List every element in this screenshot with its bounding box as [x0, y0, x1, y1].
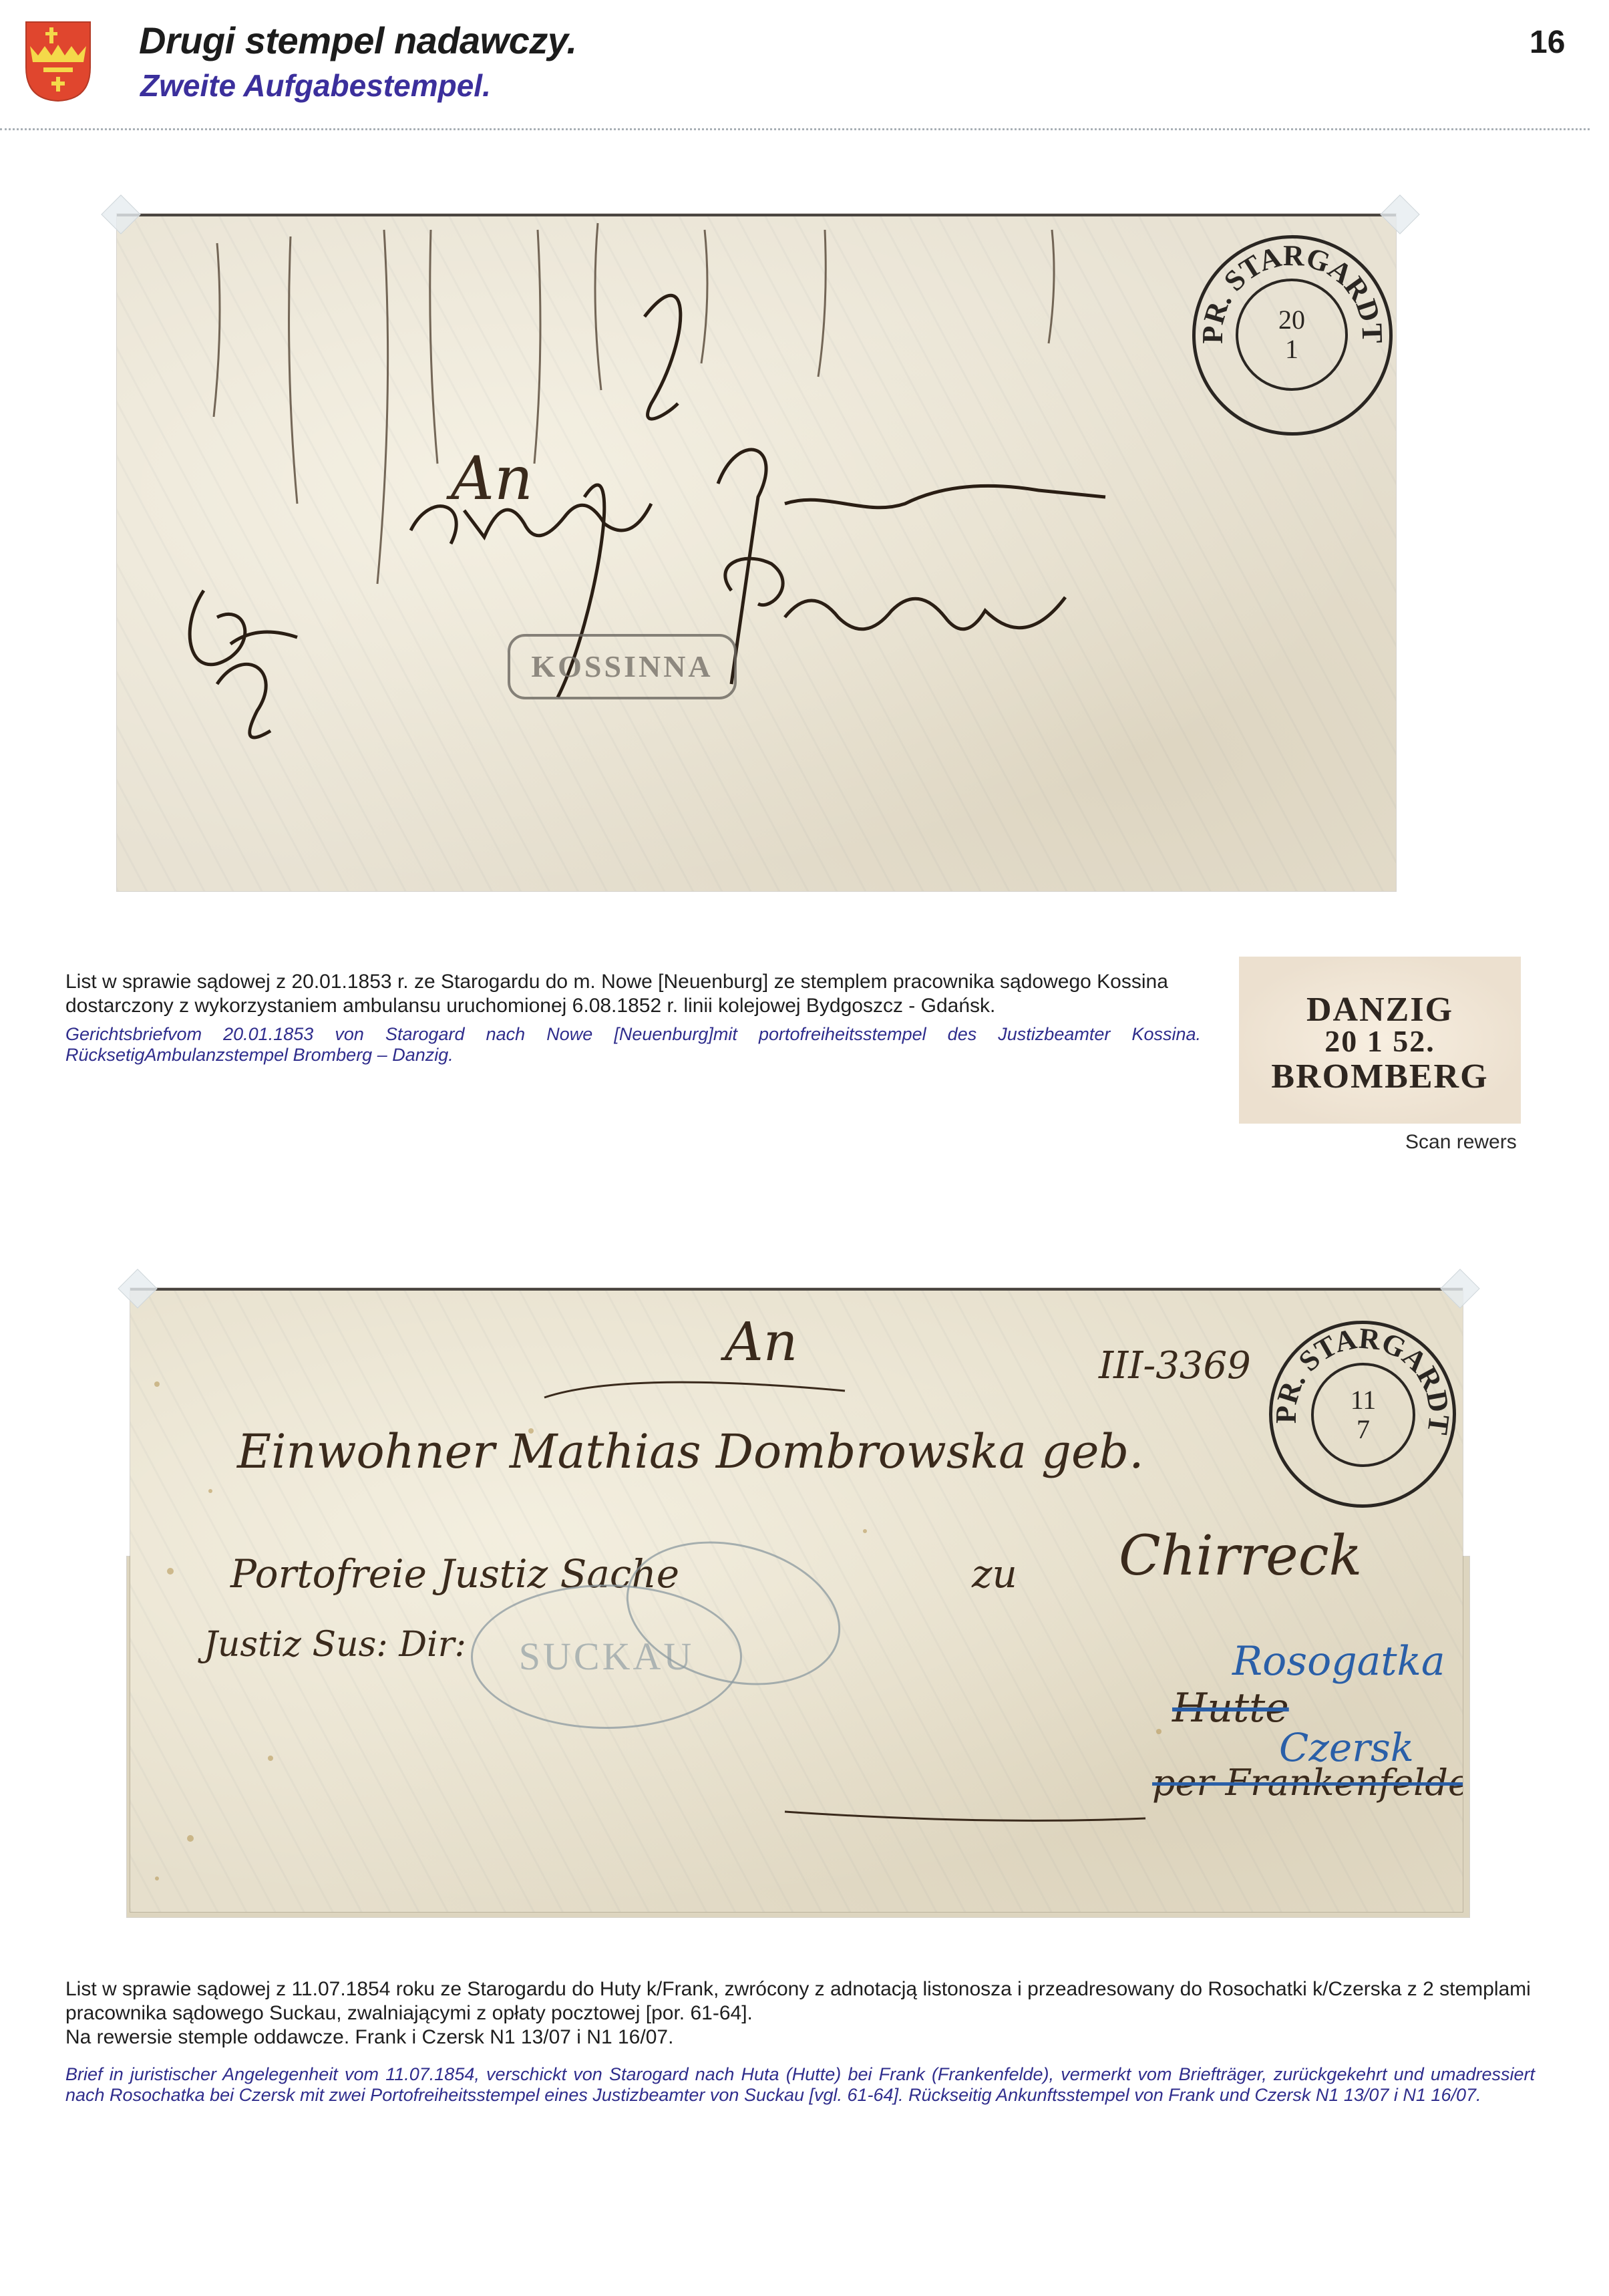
- postmark-day: 20: [1238, 305, 1345, 335]
- kossinna-free-frank-stamp: KOSSINNA: [508, 634, 737, 699]
- caption-1854-pl-paragraph-2: Na rewersie stemple oddawcze. Frank i Cz…: [65, 2025, 1535, 2049]
- reverse-scan-caption: Scan rewers: [1405, 1131, 1517, 1154]
- page-title: Drugi stempel nadawczy.: [139, 19, 577, 62]
- cover-image-1854: An III-3369 Einwohner Mathias Dombrowska…: [130, 1288, 1463, 1912]
- postmark-month: 7: [1314, 1415, 1413, 1444]
- gdansk-coat-of-arms-icon: [25, 21, 92, 102]
- handwritten-zu: zu: [972, 1551, 1017, 1597]
- page-number: 16: [1530, 24, 1565, 61]
- reverse-stamp-line-2: 20 1 52.: [1239, 1023, 1521, 1059]
- cover-image-1853: An das Königl. Gerichts Commission Neuen…: [117, 214, 1396, 891]
- reverse-scan-image: DANZIG 20 1 52. BROMBERG: [1239, 957, 1521, 1124]
- handwritten-place: Chirreck: [1119, 1524, 1362, 1588]
- caption-1854-de: Brief in juristischer Angelegenheit vom …: [65, 2064, 1535, 2106]
- reverse-stamp-line-3: BROMBERG: [1239, 1057, 1521, 1096]
- handwritten-justice-note: Justiz Sus: Dir:: [204, 1625, 466, 1665]
- caption-1854-pl: List w sprawie sądowej z 11.07.1854 roku…: [65, 1977, 1535, 2049]
- handwritten-salutation: An: [725, 1311, 797, 1373]
- postmark-month: 1: [1238, 335, 1345, 364]
- postmark-day: 11: [1314, 1385, 1413, 1415]
- handwritten-reference-number: III-3369: [1099, 1344, 1251, 1387]
- handwritten-readdress-rosochatka: Rosogatka: [1232, 1638, 1445, 1685]
- caption-1854-pl-paragraph-1: List w sprawie sądowej z 11.07.1854 roku…: [65, 1977, 1535, 2025]
- header-divider: [0, 128, 1590, 130]
- page-subtitle: Zweite Aufgabestempel.: [140, 67, 491, 104]
- caption-1853-de: Gerichtsbriefvom 20.01.1853 von Starogar…: [65, 1024, 1201, 1065]
- handwritten-struck-route: per Frankenfelde: [1152, 1762, 1463, 1804]
- stargard-postmark-1854: PR. STARGARDT 11 7: [1269, 1321, 1456, 1508]
- stargard-postmark-1853: PR. STARGARDT 20 1: [1192, 235, 1393, 436]
- handwritten-addressee: Einwohner Mathias Dombrowska geb.: [237, 1424, 1143, 1479]
- handwritten-struck-hutte: Hutte: [1172, 1685, 1289, 1732]
- caption-1853-pl: List w sprawie sądowej z 20.01.1853 r. z…: [65, 970, 1201, 1018]
